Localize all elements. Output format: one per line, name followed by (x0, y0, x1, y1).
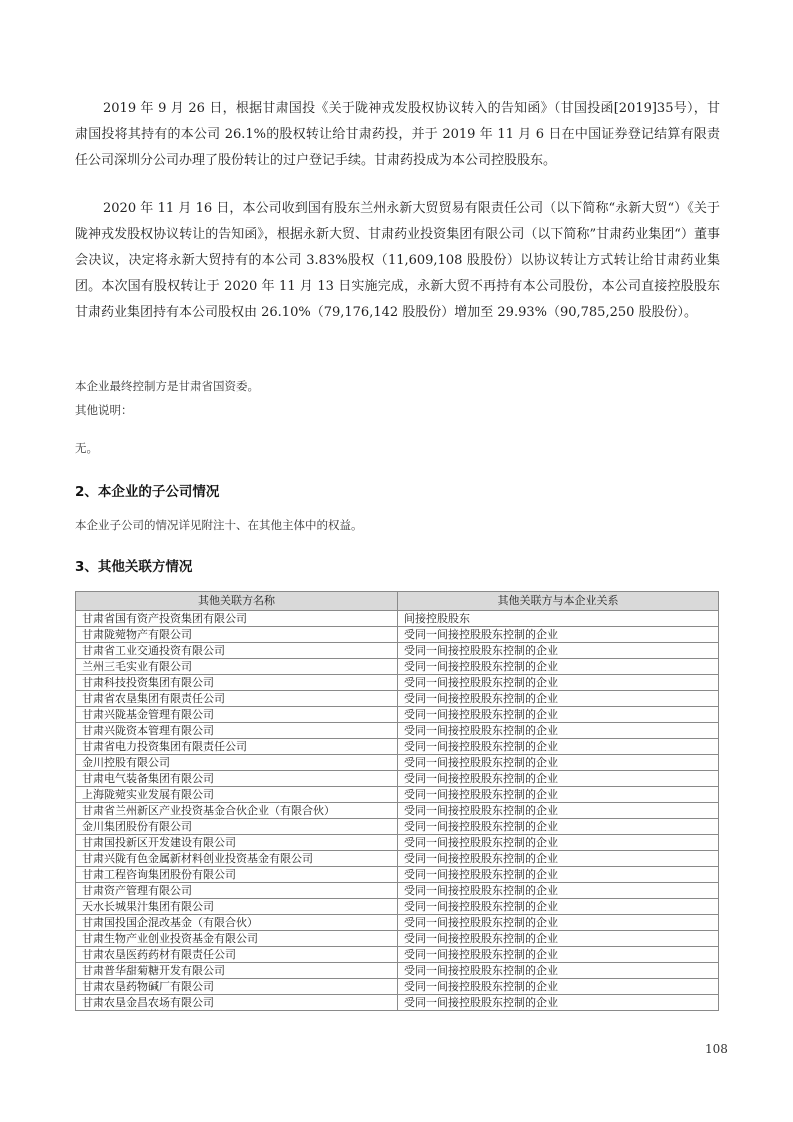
relationship-cell: 受同一间接控股股东控制的企业 (398, 931, 719, 947)
table-row: 甘肃国投国企混改基金（有限合伙）受同一间接控股股东控制的企业 (76, 915, 719, 931)
relationship-cell: 受同一间接控股股东控制的企业 (398, 739, 719, 755)
party-name-cell: 甘肃电气装备集团有限公司 (76, 771, 398, 787)
relationship-cell: 间接控股股东 (398, 611, 719, 627)
table-row: 甘肃资产管理有限公司受同一间接控股股东控制的企业 (76, 883, 719, 899)
table-row: 甘肃兴陇有色金属新材料创业投资基金有限公司受同一间接控股股东控制的企业 (76, 851, 719, 867)
party-name-cell: 甘肃省农垦集团有限责任公司 (76, 691, 398, 707)
relationship-cell: 受同一间接控股股东控制的企业 (398, 899, 719, 915)
party-name-cell: 甘肃生物产业创业投资基金有限公司 (76, 931, 398, 947)
section-3-heading: 3、其他关联方情况 (75, 555, 192, 575)
party-name-cell: 甘肃农垦金昌农场有限公司 (76, 995, 398, 1011)
party-name-cell: 甘肃农垦药物碱厂有限公司 (76, 979, 398, 995)
table-row: 甘肃省兰州新区产业投资基金合伙企业（有限合伙）受同一间接控股股东控制的企业 (76, 803, 719, 819)
table-row: 甘肃农垦金昌农场有限公司受同一间接控股股东控制的企业 (76, 995, 719, 1011)
party-name-cell: 甘肃省国有资产投资集团有限公司 (76, 611, 398, 627)
party-name-cell: 甘肃资产管理有限公司 (76, 883, 398, 899)
party-name-cell: 甘肃陇菀物产有限公司 (76, 627, 398, 643)
party-name-cell: 甘肃省兰州新区产业投资基金合伙企业（有限合伙） (76, 803, 398, 819)
table-body: 甘肃省国有资产投资集团有限公司间接控股股东甘肃陇菀物产有限公司受同一间接控股股东… (76, 611, 719, 1011)
header-relationship: 其他关联方与本企业关系 (398, 592, 719, 611)
table-row: 甘肃科技投资集团有限公司受同一间接控股股东控制的企业 (76, 675, 719, 691)
table-row: 甘肃陇菀物产有限公司受同一间接控股股东控制的企业 (76, 627, 719, 643)
party-name-cell: 甘肃国投国企混改基金（有限合伙） (76, 915, 398, 931)
ultimate-controller-text: 本企业最终控制方是甘肃省国资委。 (75, 378, 259, 394)
party-name-cell: 甘肃兴陇基金管理有限公司 (76, 707, 398, 723)
relationship-cell: 受同一间接控股股东控制的企业 (398, 803, 719, 819)
relationship-cell: 受同一间接控股股东控制的企业 (398, 883, 719, 899)
relationship-cell: 受同一间接控股股东控制的企业 (398, 659, 719, 675)
relationship-cell: 受同一间接控股股东控制的企业 (398, 755, 719, 771)
header-party-name: 其他关联方名称 (76, 592, 398, 611)
party-name-cell: 甘肃农垦医药药材有限责任公司 (76, 947, 398, 963)
table-row: 甘肃国投新区开发建设有限公司受同一间接控股股东控制的企业 (76, 835, 719, 851)
party-name-cell: 天水长城果汁集团有限公司 (76, 899, 398, 915)
relationship-cell: 受同一间接控股股东控制的企业 (398, 787, 719, 803)
table-row: 甘肃工程咨询集团股份有限公司受同一间接控股股东控制的企业 (76, 867, 719, 883)
party-name-cell: 甘肃普华甜菊糖开发有限公司 (76, 963, 398, 979)
relationship-cell: 受同一间接控股股东控制的企业 (398, 851, 719, 867)
relationship-cell: 受同一间接控股股东控制的企业 (398, 675, 719, 691)
relationship-cell: 受同一间接控股股东控制的企业 (398, 835, 719, 851)
page-number: 108 (705, 1042, 728, 1056)
party-name-cell: 金川控股有限公司 (76, 755, 398, 771)
party-name-cell: 甘肃省电力投资集团有限责任公司 (76, 739, 398, 755)
section-2-heading: 2、本企业的子公司情况 (75, 480, 219, 500)
party-name-cell: 甘肃省工业交通投资有限公司 (76, 643, 398, 659)
party-name-cell: 上海陇菀实业发展有限公司 (76, 787, 398, 803)
relationship-cell: 受同一间接控股股东控制的企业 (398, 627, 719, 643)
relationship-cell: 受同一间接控股股东控制的企业 (398, 819, 719, 835)
table-row: 甘肃省农垦集团有限责任公司受同一间接控股股东控制的企业 (76, 691, 719, 707)
party-name-cell: 金川集团股份有限公司 (76, 819, 398, 835)
table-row: 甘肃农垦药物碱厂有限公司受同一间接控股股东控制的企业 (76, 979, 719, 995)
relationship-cell: 受同一间接控股股东控制的企业 (398, 691, 719, 707)
party-name-cell: 甘肃兴陇资本管理有限公司 (76, 723, 398, 739)
party-name-cell: 甘肃科技投资集团有限公司 (76, 675, 398, 691)
table-row: 甘肃生物产业创业投资基金有限公司受同一间接控股股东控制的企业 (76, 931, 719, 947)
related-parties-table: 其他关联方名称 其他关联方与本企业关系 甘肃省国有资产投资集团有限公司间接控股股… (75, 591, 719, 1011)
party-name-cell: 甘肃兴陇有色金属新材料创业投资基金有限公司 (76, 851, 398, 867)
party-name-cell: 甘肃国投新区开发建设有限公司 (76, 835, 398, 851)
relationship-cell: 受同一间接控股股东控制的企业 (398, 707, 719, 723)
table-row: 金川集团股份有限公司受同一间接控股股东控制的企业 (76, 819, 719, 835)
other-notes-value: 无。 (75, 440, 98, 456)
relationship-cell: 受同一间接控股股东控制的企业 (398, 867, 719, 883)
relationship-cell: 受同一间接控股股东控制的企业 (398, 643, 719, 659)
paragraph-2020-transfer: 2020 年 11 月 16 日，本公司收到国有股东兰州永新大贸贸易有限责任公司… (75, 196, 720, 326)
relationship-cell: 受同一间接控股股东控制的企业 (398, 723, 719, 739)
table-row: 甘肃普华甜菊糖开发有限公司受同一间接控股股东控制的企业 (76, 963, 719, 979)
table-row: 金川控股有限公司受同一间接控股股东控制的企业 (76, 755, 719, 771)
table-row: 甘肃省工业交通投资有限公司受同一间接控股股东控制的企业 (76, 643, 719, 659)
table-header-row: 其他关联方名称 其他关联方与本企业关系 (76, 592, 719, 611)
table-row: 甘肃电气装备集团有限公司受同一间接控股股东控制的企业 (76, 771, 719, 787)
party-name-cell: 兰州三毛实业有限公司 (76, 659, 398, 675)
relationship-cell: 受同一间接控股股东控制的企业 (398, 915, 719, 931)
other-notes-label: 其他说明： (75, 402, 133, 418)
relationship-cell: 受同一间接控股股东控制的企业 (398, 979, 719, 995)
table-row: 兰州三毛实业有限公司受同一间接控股股东控制的企业 (76, 659, 719, 675)
table-row: 甘肃兴陇资本管理有限公司受同一间接控股股东控制的企业 (76, 723, 719, 739)
relationship-cell: 受同一间接控股股东控制的企业 (398, 995, 719, 1011)
relationship-cell: 受同一间接控股股东控制的企业 (398, 947, 719, 963)
table-row: 甘肃农垦医药药材有限责任公司受同一间接控股股东控制的企业 (76, 947, 719, 963)
party-name-cell: 甘肃工程咨询集团股份有限公司 (76, 867, 398, 883)
relationship-cell: 受同一间接控股股东控制的企业 (398, 963, 719, 979)
table-row: 上海陇菀实业发展有限公司受同一间接控股股东控制的企业 (76, 787, 719, 803)
table-row: 甘肃省国有资产投资集团有限公司间接控股股东 (76, 611, 719, 627)
table-row: 天水长城果汁集团有限公司受同一间接控股股东控制的企业 (76, 899, 719, 915)
paragraph-2019-transfer: 2019 年 9 月 26 日，根据甘肃国投《关于陇神戎发股权协议转入的告知函》… (75, 96, 720, 174)
table-row: 甘肃省电力投资集团有限责任公司受同一间接控股股东控制的企业 (76, 739, 719, 755)
section-2-body: 本企业子公司的情况详见附注十、在其他主体中的权益。 (75, 517, 363, 533)
relationship-cell: 受同一间接控股股东控制的企业 (398, 771, 719, 787)
table-row: 甘肃兴陇基金管理有限公司受同一间接控股股东控制的企业 (76, 707, 719, 723)
